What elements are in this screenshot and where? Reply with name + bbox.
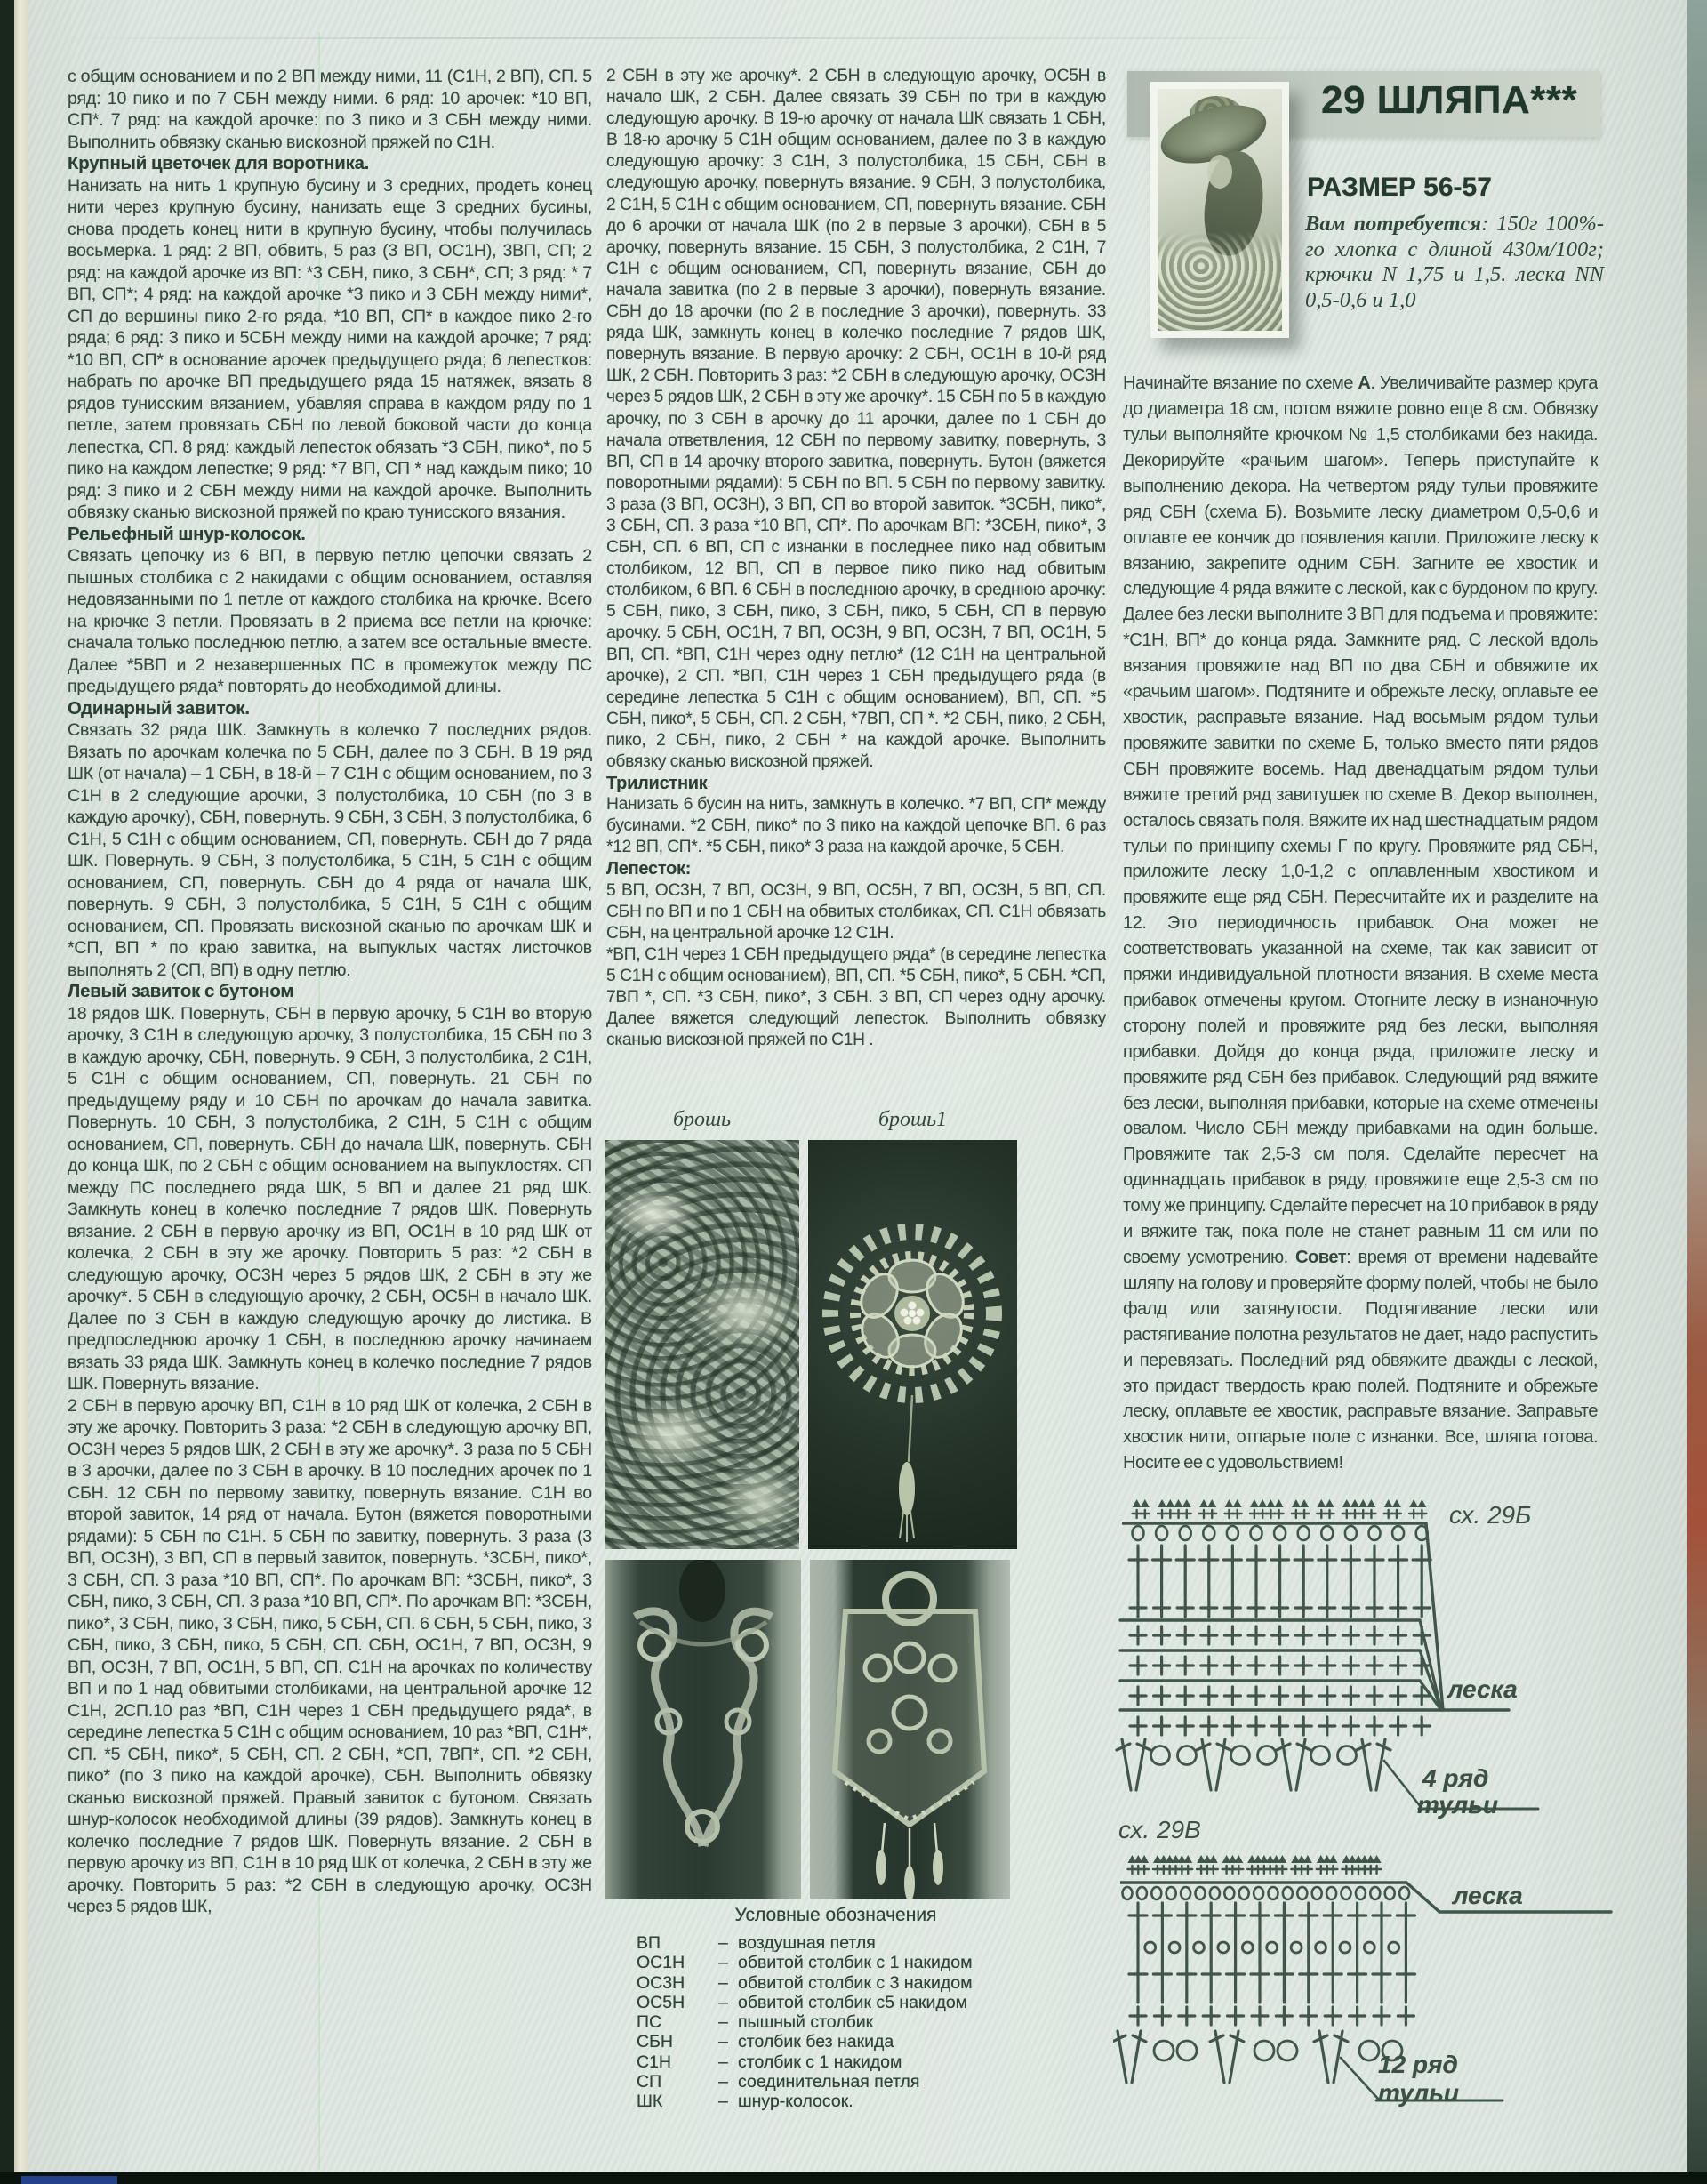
brooch1-photo-caption: брошь1 (808, 1108, 1017, 1132)
legend-dash: – (718, 2052, 738, 2072)
crochet-diagram-29b (1113, 1496, 1647, 1827)
legend-desc: пышный столбик (738, 2012, 873, 2032)
pattern-text: 5 ВП, ОС3Н, 7 ВП, ОС3Н, 9 ВП, ОС5Н, 7 ВП… (606, 880, 1106, 944)
legend-row: ОС3Н–обвитой столбик с 3 накидом (613, 1973, 1111, 1993)
collar-back-photo (810, 1560, 1010, 1899)
diagram-29b-row-label-line1: 4 ряд (1422, 1764, 1488, 1793)
legend-dash: – (718, 2072, 738, 2092)
legend-desc: воздушная петля (738, 1933, 876, 1953)
legend-row: ВП–воздушная петля (613, 1933, 1111, 1953)
page-edge-gutter (14, 0, 28, 2173)
pattern-text: Нанизать на нить 1 крупную бусину и 3 ср… (68, 175, 592, 524)
magazine-page-scan: с общим основанием и по 2 ВП между ними,… (0, 0, 1707, 2184)
collar-front-art (605, 1560, 801, 1899)
section-heading-cord: Рельефный шнур-колосок. (68, 524, 592, 546)
legend-abbr: ШК (613, 2092, 718, 2111)
legend-desc: столбик с 1 накидом (738, 2052, 902, 2072)
hat-instructions-column: Начинайте вязание по схеме А. Увеличивай… (1123, 371, 1598, 1518)
page-edge-bottom-accent (21, 2176, 117, 2184)
brooch-photo-caption: брошь (605, 1108, 799, 1132)
section-heading-petal: Лепесток: (606, 858, 1106, 879)
legend-dash: – (718, 1953, 738, 1972)
legend-row: СБН–столбик без накида (613, 2032, 1111, 2052)
left-text-column: с общим основанием и по 2 ВП между ними,… (68, 66, 592, 2115)
legend-abbr: ВП (613, 1933, 718, 1953)
scan-crease (53, 37, 1387, 39)
symbols-legend: Условные обозначения ВП–воздушная петля … (613, 1905, 1111, 2112)
pattern-text: Нанизать 6 бусин на нить, замкнуть в кол… (606, 794, 1106, 858)
doll-lace-dress (1158, 231, 1282, 331)
legend-abbr: ОС5Н (613, 1993, 718, 2012)
pattern-text: Связать 32 ряда ШК. Замкнуть в колечко 7… (68, 719, 592, 981)
collar-front-photo (605, 1560, 801, 1899)
diagram-29b-label: сх. 29Б (1449, 1501, 1531, 1530)
legend-row: СП–соединительная петля (613, 2072, 1111, 2092)
collar-back-art (810, 1560, 1010, 1899)
pattern-text: с общим основанием и по 2 ВП между ними,… (68, 66, 592, 153)
legend-abbr: СП (613, 2072, 718, 2092)
section-heading-trefoil: Трилистник (606, 773, 1106, 794)
pattern-number-title: 29 ШЛЯПА*** (1321, 78, 1606, 123)
pattern-text: *ВП, С1Н через 1 СБН предыдущего ряда* (… (606, 944, 1106, 1051)
diagram-29b-row-label-line2: тульи (1417, 1791, 1498, 1819)
materials-lead: Вам потребуется (1305, 212, 1481, 236)
diagram-29v-row-label-line2: тульи (1378, 2079, 1459, 2108)
legend-desc: обвитой столбик с 1 накидом (738, 1953, 973, 1972)
legend-dash: – (718, 1973, 738, 1993)
page-edge-left (0, 0, 14, 2184)
legend-desc: обвитой столбик с 3 накидом (738, 1973, 973, 1993)
pattern-text: 2 СБН в эту же арочку*. 2 СБН в следующу… (606, 66, 1106, 773)
legend-desc: соединительная петля (738, 2072, 919, 2092)
diagram-29b-leska-label: леска (1447, 1675, 1518, 1704)
legend-dash: – (718, 2092, 738, 2111)
pattern-text: 2 СБН в первую арочку ВП, С1Н в 10 ряд Ш… (68, 1395, 592, 1918)
diagram-29v-label: сх. 29В (1118, 1816, 1201, 1844)
legend-row: С1Н–столбик с 1 накидом (613, 2052, 1111, 2072)
diagram-29v-row-label-line1: 12 ряд (1378, 2051, 1458, 2079)
legend-abbr: ОС3Н (613, 1973, 718, 1993)
pattern-text: Связать цепочку из 6 ВП, в первую петлю … (68, 545, 592, 698)
legend-abbr: СБН (613, 2032, 718, 2052)
middle-text-column: 2 СБН в эту же арочку*. 2 СБН в следующу… (606, 66, 1106, 1138)
brooch-flower-art (808, 1140, 1017, 1549)
legend-dash: – (718, 1993, 738, 2012)
legend-title: Условные обозначения (613, 1905, 1111, 1926)
doll-face (1207, 155, 1232, 189)
legend-desc: столбик без накида (738, 2032, 894, 2052)
legend-row: ПС–пышный столбик (613, 2012, 1111, 2032)
legend-dash: – (718, 1933, 738, 1953)
hat-photo (1150, 82, 1289, 338)
section-heading-single-curl: Одинарный завиток. (68, 698, 592, 720)
legend-row: ОС1Н–обвитой столбик с 1 накидом (613, 1953, 1111, 1972)
page-edge-bottom (0, 2172, 1707, 2184)
brooch-closeup-photo (605, 1140, 799, 1549)
legend-dash: – (718, 2012, 738, 2032)
section-heading-flower: Крупный цветочек для воротника. (68, 153, 592, 175)
legend-row: ОС5Н–обвитой столбик с5 накидом (613, 1993, 1111, 2012)
pattern-text: 18 рядов ШК. Повернуть, СБН в первую аро… (68, 1003, 592, 1395)
size-label: РАЗМЕР 56-57 (1307, 173, 1492, 203)
legend-abbr: ОС1Н (613, 1953, 718, 1972)
legend-desc: обвитой столбик с5 накидом (738, 1993, 967, 2012)
legend-abbr: ПС (613, 2012, 718, 2032)
hat-photo-image (1158, 89, 1282, 331)
legend-abbr: С1Н (613, 2052, 718, 2072)
diagram-29v-leska-label: леска (1453, 1882, 1523, 1910)
legend-dash: – (718, 2032, 738, 2052)
legend-row: ШК–шнур-колосок. (613, 2092, 1111, 2111)
page-edge-right (1687, 0, 1707, 2173)
materials-note: Вам потребуется: 150г 100%-го хлопка с д… (1305, 212, 1604, 313)
section-heading-left-curl: Левый завиток с бутоном (68, 981, 592, 1003)
brooch-flower-photo (808, 1140, 1017, 1549)
legend-desc: шнур-колосок. (738, 2092, 853, 2111)
